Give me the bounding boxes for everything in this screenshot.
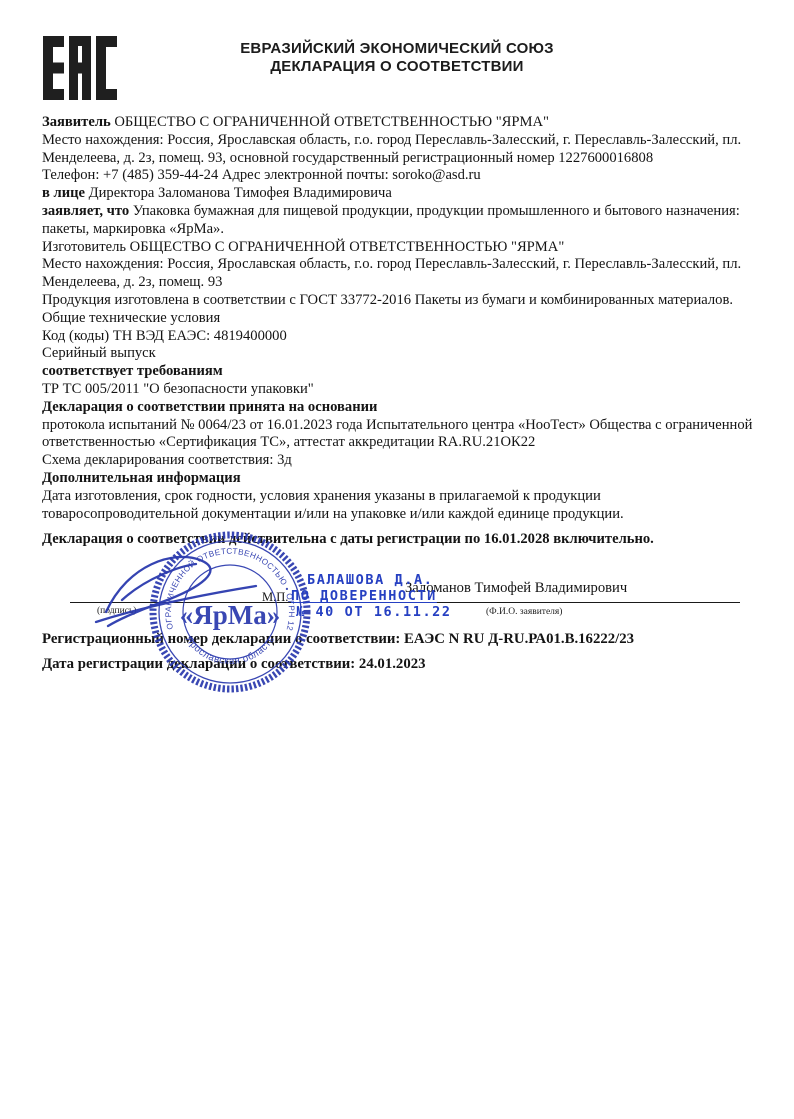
applicant-contacts: Телефон: +7 (485) 359-44-24 Адрес электр… [42,167,756,185]
stamp-ring-bottom-text: Ярославская область [183,634,277,667]
document-title: ЕВРАЗИЙСКИЙ ЭКОНОМИЧЕСКИЙ СОЮЗ ДЕКЛАРАЦИ… [0,40,794,76]
declaration-document-page: ЕВРАЗИЙСКИЙ ЭКОНОМИЧЕСКИЙ СОЮЗ ДЕКЛАРАЦИ… [0,0,794,1119]
applicant-line: Заявитель ОБЩЕСТВО С ОГРАНИЧЕННОЙ ОТВЕТС… [42,114,756,132]
requirements-heading: соответствует требованиям [42,363,756,381]
tnved-code: Код (коды) ТН ВЭД ЕАЭС: 4819400000 [42,328,756,346]
basis-text: протокола испытаний № 0064/23 от 16.01.2… [42,417,756,453]
facsimile-number-date: № 40 ОТ 16.11.22 [291,604,452,620]
facsimile-authority: ПО ДОВЕРЕННОСТИ [291,588,452,604]
signature-scribble [88,548,278,638]
manufacturer-line: Изготовитель ОБЩЕСТВО С ОГРАНИЧЕННОЙ ОТВ… [42,239,756,257]
applicant-in-person: в лице Директора Заломанова Тимофея Влад… [42,185,756,203]
applicant-address: Место нахождения: Россия, Ярославская об… [42,132,756,168]
facsimile-stamp-text: БАЛАШОВА Д.А. ПО ДОВЕРЕННОСТИ № 40 ОТ 16… [291,572,452,620]
declares-text: Упаковка бумажная для пищевой продукции,… [42,203,740,237]
manufacturer-address: Место нахождения: Россия, Ярославская об… [42,256,756,292]
release-type: Серийный выпуск [42,345,756,363]
product-standard: Продукция изготовлена в соответствии с Г… [42,292,756,328]
scheme-line: Схема декларирования соответствия: 3д [42,452,756,470]
in-person-name: Директора Заломанова Тимофея Владимирови… [89,185,392,201]
fio-caption: (Ф.И.О. заявителя) [486,607,562,617]
additional-info-text: Дата изготовления, срок годности, услови… [42,488,756,524]
title-line-union: ЕВРАЗИЙСКИЙ ЭКОНОМИЧЕСКИЙ СОЮЗ [0,40,794,58]
basis-heading: Декларация о соответствии принята на осн… [42,399,756,417]
additional-info-heading: Дополнительная информация [42,470,756,488]
facsimile-name: БАЛАШОВА Д.А. [291,572,452,588]
in-person-label: в лице [42,185,89,201]
product-declaration: заявляет, что Упаковка бумажная для пище… [42,203,756,239]
title-line-declaration: ДЕКЛАРАЦИЯ О СООТВЕТСТВИИ [0,58,794,76]
declares-label: заявляет, что [42,203,133,219]
requirements-text: ТР ТС 005/2011 "О безопасности упаковки" [42,381,756,399]
document-body: Заявитель ОБЩЕСТВО С ОГРАНИЧЕННОЙ ОТВЕТС… [42,114,756,549]
applicant-name: ОБЩЕСТВО С ОГРАНИЧЕННОЙ ОТВЕТСТВЕННОСТЬЮ… [114,114,549,130]
applicant-label: Заявитель [42,114,114,130]
